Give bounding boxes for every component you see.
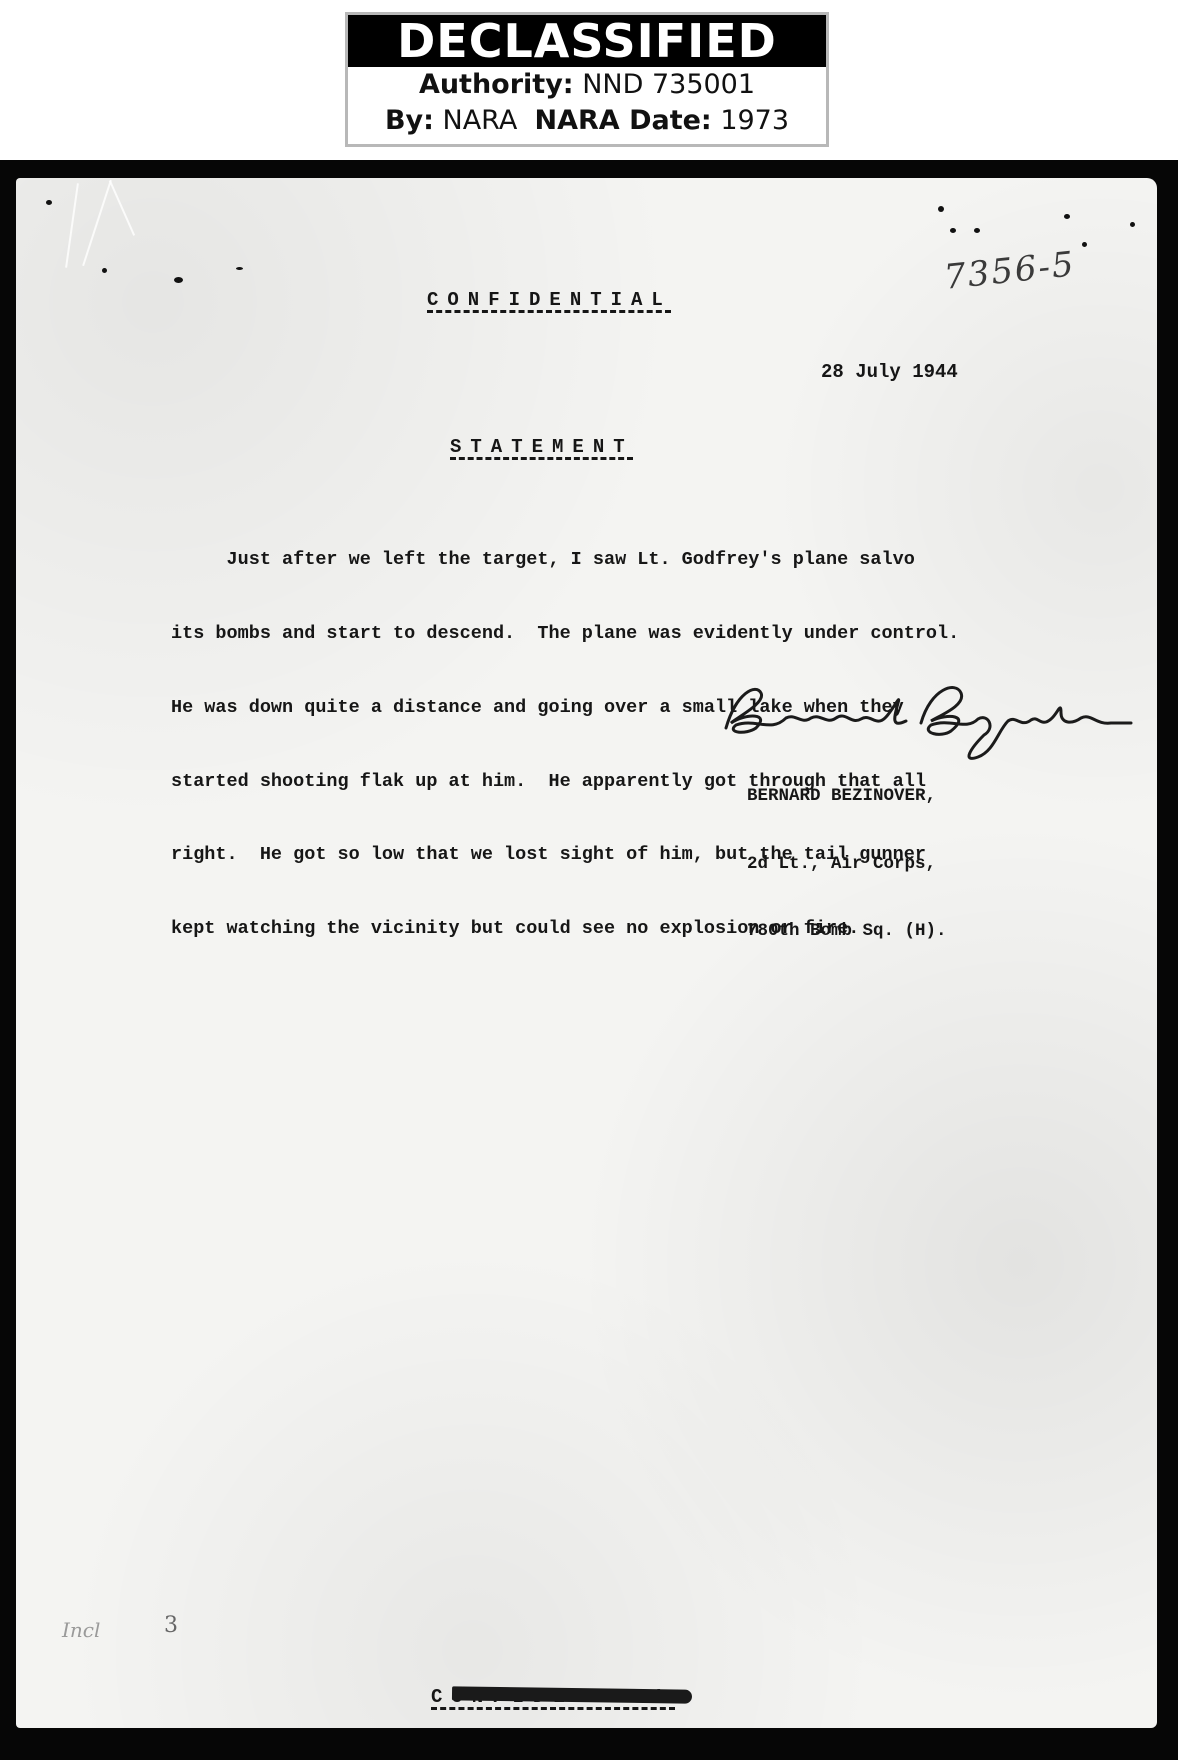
handwritten-inclosure-number: 3 <box>164 1613 178 1638</box>
scan-speck <box>1082 242 1087 247</box>
nara-date-label: NARA Date: <box>535 105 712 136</box>
nara-date-value: 1973 <box>720 105 789 136</box>
scan-speck <box>974 228 980 233</box>
classification-header: CONFIDENTIAL <box>427 289 672 311</box>
by-value: NARA <box>443 105 518 136</box>
scan-scratch <box>109 180 135 236</box>
scan-speck <box>102 268 107 273</box>
document-title: STATEMENT <box>450 436 634 458</box>
by-label: By: <box>385 105 434 136</box>
declassified-stamp: DECLASSIFIED Authority: NND 735001 By: N… <box>345 12 829 147</box>
scan-speck <box>1064 214 1070 219</box>
handwritten-file-number: 7356-5 <box>942 244 1077 298</box>
signer-rank: 2d Lt., Air Corps, <box>747 853 947 876</box>
scan-speck <box>938 206 944 212</box>
stamp-by-date: By: NARA NARA Date: 1973 <box>348 103 826 139</box>
scan-speck <box>46 200 52 205</box>
signer-unit: 780th Bomb Sq. (H). <box>747 920 947 943</box>
body-line: its bombs and start to descend. The plan… <box>171 622 959 647</box>
document-paper: 7356-5 CONFIDENTIAL 28 July 1944 STATEME… <box>16 178 1157 1728</box>
scan-speck <box>950 228 956 233</box>
scan-speck <box>1130 222 1135 227</box>
stamp-title: DECLASSIFIED <box>348 15 826 67</box>
authority-value: NND 735001 <box>582 69 755 100</box>
authority-label: Authority: <box>419 69 574 100</box>
handwritten-inclosure-note: Incl <box>62 1618 100 1642</box>
scanned-page-frame: 7356-5 CONFIDENTIAL 28 July 1944 STATEME… <box>0 160 1178 1760</box>
scan-speck <box>236 267 243 270</box>
body-line: Just after we left the target, I saw Lt.… <box>171 548 959 573</box>
scan-speck <box>174 277 183 283</box>
document-date: 28 July 1944 <box>821 361 958 383</box>
scan-scratch <box>82 180 112 266</box>
stamp-authority: Authority: NND 735001 <box>348 67 826 103</box>
scan-scratch <box>65 183 79 267</box>
signer-name: BERNARD BEZINOVER, <box>747 785 947 808</box>
signature-block: BERNARD BEZINOVER, 2d Lt., Air Corps, 78… <box>747 740 947 988</box>
